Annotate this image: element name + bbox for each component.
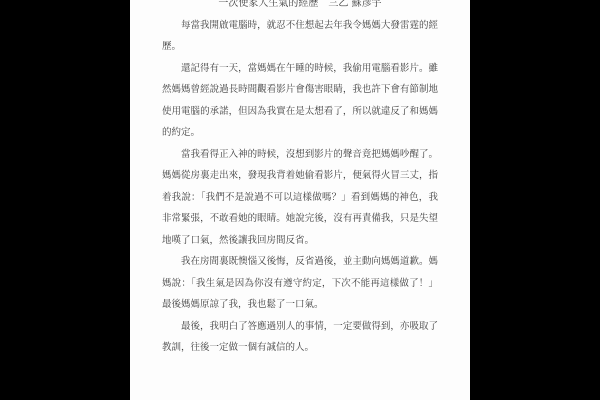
essay-paragraph: 還記得有一天，當媽媽在午睡的時候，我偷用電腦看影片。雖然媽媽曾經說過長時間觀看影…: [162, 58, 438, 144]
document-page: 一次使家人生氣的經歷 三乙 蘇彥宇 每當我開啟電腦時，就忍不住想起去年我令媽媽大…: [130, 0, 470, 400]
essay-paragraph: 每當我開啟電腦時，就忍不住想起去年我令媽媽大發雷霆的經歷。: [162, 15, 438, 58]
letterbox-left: [0, 0, 130, 400]
essay-paragraph: 當我看得正入神的時候，沒想到影片的聲音竟把媽媽吵醒了。媽媽從房裏走出來，發現我背…: [162, 144, 438, 252]
essay-title: 一次使家人生氣的經歷 三乙 蘇彥宇: [162, 0, 438, 15]
essay-paragraph: 我在房間裏既懊惱又後悔，反省過後，並主動向媽媽道歉。媽媽說：「我生氣是因為你沒有…: [162, 251, 438, 316]
essay-content: 一次使家人生氣的經歷 三乙 蘇彥宇 每當我開啟電腦時，就忍不住想起去年我令媽媽大…: [130, 0, 470, 359]
essay-paragraph: 最後，我明白了答應過別人的事情，一定要做得到，亦吸取了教訓，往後一定做一個有誠信…: [162, 316, 438, 359]
letterbox-right: [470, 0, 600, 400]
letterboxed-stage: 一次使家人生氣的經歷 三乙 蘇彥宇 每當我開啟電腦時，就忍不住想起去年我令媽媽大…: [0, 0, 600, 400]
